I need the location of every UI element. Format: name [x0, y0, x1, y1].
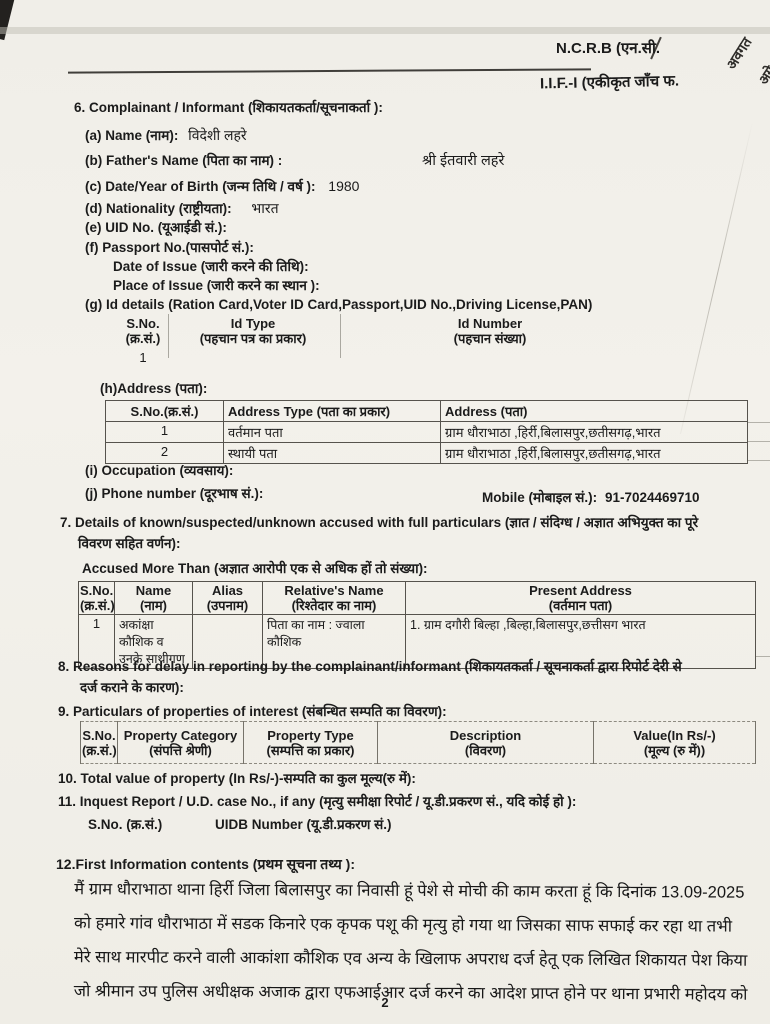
section12-title: 12.First Information contents (प्रथम सूच…	[56, 855, 355, 873]
id-header-sno-hi: (क्र.सं.)	[110, 331, 176, 346]
dob-value: 1980	[328, 178, 359, 194]
accused-header-alias-hi: (उपनाम)	[197, 598, 258, 613]
address-row1-type: वर्तमान पता	[224, 422, 441, 443]
property-header-sno-hi: (क्र.सं.)	[82, 743, 116, 758]
field-nationality: (d) Nationality (राष्ट्रीयता): भारत	[85, 199, 279, 218]
section10-title: 10. Total value of property (In Rs/-)-सम…	[58, 770, 416, 788]
section9-title: 9. Particulars of properties of interest…	[58, 703, 447, 721]
property-header-category-en: Property Category	[119, 728, 242, 743]
accused-header-sno-en: S.No.	[80, 583, 113, 598]
uid-label: (e) UID No. (यूआईडी सं.):	[85, 219, 227, 237]
header-underline	[68, 68, 591, 73]
header-form-line: I.I.F.-I (एकीकृत जाँच फ.	[540, 73, 679, 94]
fir-contents-paragraph: मैं ग्राम धौराभाठा थाना हिर्री जिला बिला…	[74, 876, 765, 1005]
section11-uidb-label: UIDB Number (यू.डी.प्रकरण सं.)	[215, 816, 392, 834]
accused-header-relative-hi: (रिश्तेदार का नाम)	[267, 598, 401, 613]
address-table-header-row: S.No.(क्र.सं.) Address Type (पता का प्रक…	[106, 401, 748, 422]
accused-header-relative: Relative's Name (रिश्तेदार का नाम)	[263, 582, 406, 615]
field-dob: (c) Date/Year of Birth (जन्म तिथि / वर्ष…	[85, 177, 359, 196]
section7-title-line2: विवरण सहित वर्णन):	[78, 535, 181, 553]
section11-title: 11. Inquest Report / U.D. case No., if a…	[58, 793, 576, 811]
property-header-value-en: Value(In Rs/-)	[595, 728, 754, 743]
address-row2-sno: 2	[106, 443, 224, 464]
property-header-type-en: Property Type	[245, 728, 376, 743]
scanned-fir-document-page: N.C.R.B (एन.सी. I.I.F.-I (एकीकृत जाँच फ.…	[0, 0, 770, 1024]
address-row2-type: स्थायी पता	[224, 443, 441, 464]
id-table-separator-2	[340, 314, 341, 358]
mobile-label: Mobile (मोबाइल सं.):	[482, 490, 597, 505]
accused-header-name-en: Name	[119, 583, 188, 598]
id-details-label: (g) Id details (Ration Card,Voter ID Car…	[85, 296, 592, 314]
name-label: (a) Name (नाम):	[85, 128, 178, 143]
header-org-line: N.C.R.B (एन.सी.	[460, 40, 660, 58]
header-org-text: N.C.R.B (एन.सी.	[556, 40, 660, 57]
mobile-field: Mobile (मोबाइल सं.): 91-7024469710	[482, 489, 700, 507]
accused-header-address-hi: (वर्तमान पता)	[410, 598, 751, 613]
property-header-type-hi: (सम्पत्ति का प्रकार)	[245, 743, 376, 758]
corner-note-1: अवगत	[722, 34, 756, 73]
accused-header-name-hi: (नाम)	[119, 598, 188, 613]
page-number: 2	[0, 995, 770, 1010]
scan-line-ext-1	[747, 422, 770, 423]
nationality-value: भारत	[251, 200, 278, 216]
passport-date-label: Date of Issue (जारी करने की तिथि):	[113, 258, 309, 276]
property-header-description-en: Description	[379, 728, 592, 743]
accused-more-than-label: Accused More Than (अज्ञात आरोपी एक से अध…	[82, 560, 428, 578]
fir-content-line: मेरे साथ मारपीट करने वाली आकांशा कौशिक ए…	[74, 944, 764, 971]
accused-header-name: Name (नाम)	[115, 582, 193, 615]
property-header-value-hi: (मूल्य (रु में))	[595, 743, 754, 758]
address-header-sno: S.No.(क्र.सं.)	[106, 401, 224, 422]
accused-table-header-row: S.No. (क्र.सं.) Name (नाम) Alias (उपनाम)…	[79, 582, 756, 615]
address-header-type: Address Type (पता का प्रकार)	[224, 401, 441, 422]
section11-sno-label: S.No. (क्र.सं.)	[88, 816, 162, 834]
address-table: S.No.(क्र.सं.) Address Type (पता का प्रक…	[105, 400, 748, 464]
accused-header-address-en: Present Address	[410, 583, 751, 598]
property-header-sno: S.No. (क्र.सं.)	[81, 722, 118, 764]
id-table-header-type: Id Type (पहचान पत्र का प्रकार)	[173, 316, 333, 346]
scan-line-ext-4	[755, 656, 770, 657]
id-header-sno-en: S.No.	[110, 316, 176, 331]
address-label: (h)Address (पता):	[100, 380, 207, 398]
property-table-header-row: S.No. (क्र.सं.) Property Category (संपत्…	[81, 722, 756, 764]
father-name-value: श्री ईतवारी लहरे	[422, 150, 504, 170]
section6-title: 6. Complainant / Informant (शिकायतकर्ता/…	[74, 99, 383, 117]
fir-content-line: मैं ग्राम धौराभाठा थाना हिर्री जिला बिला…	[74, 876, 764, 903]
nationality-label: (d) Nationality (राष्ट्रीयता):	[85, 201, 232, 216]
scan-corner-mark	[0, 0, 15, 40]
property-header-sno-en: S.No.	[82, 728, 116, 743]
passport-label: (f) Passport No.(पासपोर्ट सं.):	[85, 239, 254, 257]
header-form-text: I.I.F.-I (एकीकृत जाँच फ.	[540, 73, 679, 93]
id-header-number-en: Id Number	[390, 316, 590, 331]
id-header-type-hi: (पहचान पत्र का प्रकार)	[173, 331, 333, 346]
property-header-description: Description (विवरण)	[378, 722, 594, 764]
address-table-row: 1 वर्तमान पता ग्राम धौराभाठा ,हिर्री,बिल…	[106, 422, 748, 443]
property-header-description-hi: (विवरण)	[379, 743, 592, 758]
corner-note-2: अग्रे	[754, 63, 770, 89]
id-header-type-en: Id Type	[173, 316, 333, 331]
scan-line-ext-2	[747, 441, 770, 442]
address-row2-address: ग्राम धौराभाठा ,हिर्री,बिलासपुर,छतीसगढ़,…	[441, 443, 748, 464]
fold-line	[680, 122, 753, 434]
section8-title-line1: 8. Reasons for delay in reporting by the…	[58, 658, 758, 676]
scan-line-ext-3	[747, 460, 770, 461]
id-table-header-sno: S.No. (क्र.सं.)	[110, 316, 176, 346]
id-table-row-sno: 1	[110, 350, 176, 365]
fir-content-line: को हमारे गांव धौराभाठा में सडक किनारे एक…	[74, 910, 764, 937]
occupation-label: (i) Occupation (व्यवसाय):	[85, 462, 233, 480]
id-details-table: S.No. (क्र.सं.) Id Type (पहचान पत्र का प…	[110, 314, 740, 366]
dob-label: (c) Date/Year of Birth (जन्म तिथि / वर्ष…	[85, 179, 316, 194]
property-header-category: Property Category (संपत्ति श्रेणी)	[118, 722, 244, 764]
property-header-value: Value(In Rs/-) (मूल्य (रु में))	[594, 722, 756, 764]
name-value: विदेशी लहरे	[188, 127, 247, 143]
father-name-label: (b) Father's Name (पिता का नाम) :	[85, 152, 282, 170]
address-row1-sno: 1	[106, 422, 224, 443]
address-header-address: Address (पता)	[441, 401, 748, 422]
accused-header-alias-en: Alias	[197, 583, 258, 598]
id-table-header-number: Id Number (पहचान संख्या)	[390, 316, 590, 346]
accused-header-alias: Alias (उपनाम)	[193, 582, 263, 615]
address-table-row: 2 स्थायी पता ग्राम धौराभाठा ,हिर्री,बिला…	[106, 443, 748, 464]
scan-band	[0, 27, 770, 34]
mobile-value: 91-7024469710	[605, 490, 700, 505]
accused-table: S.No. (क्र.सं.) Name (नाम) Alias (उपनाम)…	[78, 581, 756, 669]
section7-title-line1: 7. Details of known/suspected/unknown ac…	[60, 514, 760, 532]
property-table: S.No. (क्र.सं.) Property Category (संपत्…	[80, 721, 756, 764]
id-header-number-hi: (पहचान संख्या)	[390, 331, 590, 346]
property-header-type: Property Type (सम्पत्ति का प्रकार)	[244, 722, 378, 764]
address-row1-address: ग्राम धौराभाठा ,हिर्री,बिलासपुर,छतीसगढ़,…	[441, 422, 748, 443]
accused-header-relative-en: Relative's Name	[267, 583, 401, 598]
accused-header-sno-hi: (क्र.सं.)	[80, 598, 113, 613]
property-header-category-hi: (संपत्ति श्रेणी)	[119, 743, 242, 758]
accused-header-sno: S.No. (क्र.सं.)	[79, 582, 115, 615]
passport-place-label: Place of Issue (जारी करने का स्थान ):	[113, 277, 320, 295]
section8-title-line2: दर्ज कराने के कारण):	[80, 679, 184, 697]
phone-label: (j) Phone number (दूरभाष सं.):	[85, 485, 263, 503]
field-name: (a) Name (नाम): विदेशी लहरे	[85, 126, 247, 145]
accused-header-address: Present Address (वर्तमान पता)	[406, 582, 756, 615]
